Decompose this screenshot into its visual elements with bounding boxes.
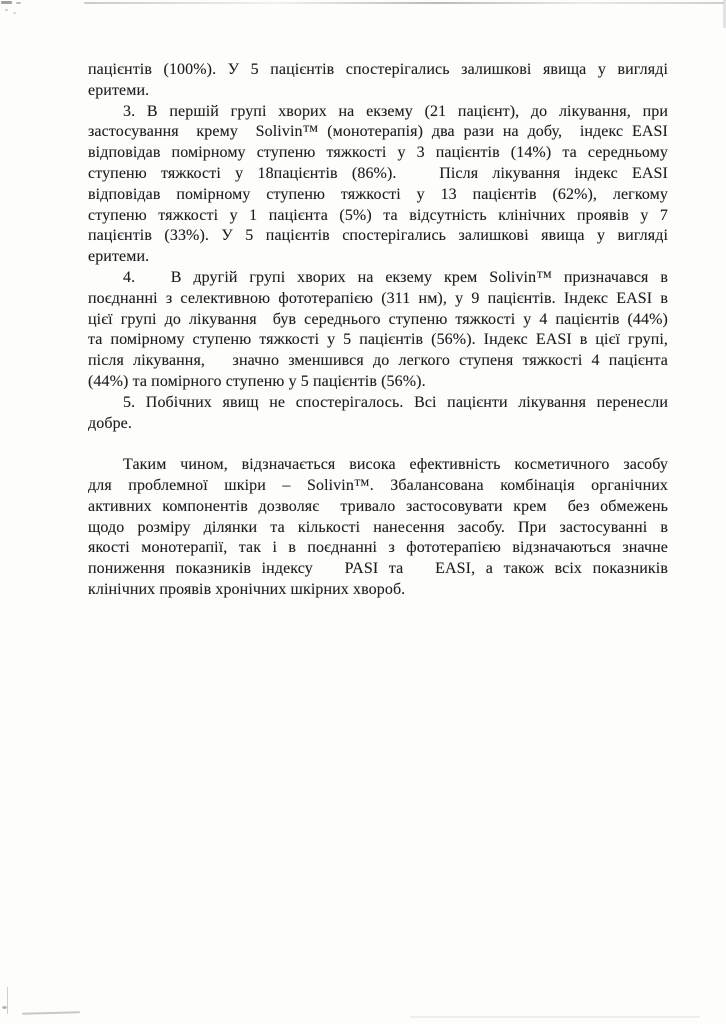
text-line: Таким чином, відзначається висока ефекти… [88, 455, 668, 476]
text-line: добре. [88, 414, 668, 435]
text-line: відповідав помірному ступеню тяжкості у … [88, 185, 668, 206]
paragraph: Таким чином, відзначається висока ефекти… [88, 455, 668, 601]
paragraph: 5. Побічних явищ не спостерігалось. Всі … [88, 393, 668, 435]
text-line: 4. В другій групі хворих на екзему крем … [88, 268, 668, 289]
text-line: поєднанні з селективною фототерапією (31… [88, 289, 668, 310]
text-line: пацієнтів (33%). У 5 пацієнтів спостеріг… [88, 226, 668, 247]
scan-artifact-edge-line [7, 987, 8, 1014]
text-line: пониження показників індексу PASI та EAS… [88, 559, 668, 580]
text-line: застосування крему Solivin™ (монотерапія… [88, 122, 668, 143]
text-line: пацієнтів (100%). У 5 пацієнтів спостері… [88, 60, 668, 81]
text-line: відповідав помірному ступеню тяжкості у … [88, 143, 668, 164]
scan-artifact-speck [2, 1006, 7, 1009]
paragraph: 4. В другій групі хворих на екзему крем … [88, 268, 668, 393]
text-line: 5. Побічних явищ не спостерігалось. Всі … [88, 393, 668, 414]
scan-artifact-speck [13, 12, 16, 14]
text-line: та помірному ступеню тяжкості у 5 пацієн… [88, 330, 668, 351]
text-line: ступеню тяжкості у 1 пацієнта (5%) та ві… [88, 206, 668, 227]
scan-artifact-speck [16, 2, 21, 4]
text-line: якості монотерапії, так і в поєднанні з … [88, 538, 668, 559]
paragraph: пацієнтів (100%). У 5 пацієнтів спостері… [88, 60, 668, 102]
text-line: клінічних проявів хронічних шкірних хвор… [88, 580, 668, 601]
text-line: для проблемної шкіри – Solivin™. Збаланс… [88, 476, 668, 497]
text-line: щодо розміру ділянки та кількості нанесе… [88, 518, 668, 539]
text-line: ступеню тяжкості у 18пацієнтів (86%). Пі… [88, 164, 668, 185]
scan-artifact-dash [22, 1011, 80, 1015]
paragraph: 3. В першій групі хворих на екзему (21 п… [88, 102, 668, 268]
text-line: активних компонентів дозволяє тривало за… [88, 497, 668, 518]
scan-artifact-smudge [410, 1016, 700, 1018]
text-line: (44%) та помірного ступеню у 5 пацієнтів… [88, 372, 668, 393]
scan-artifact-speck [1, 1, 12, 4]
text-line: після лікування, значно зменшився до лег… [88, 351, 668, 372]
scan-artifact-top-line [84, 2, 724, 4]
text-line: 3. В першій групі хворих на екзему (21 п… [88, 102, 668, 123]
scan-artifact-speck [5, 9, 8, 11]
text-line: цієї групі до лікування був середнього с… [88, 310, 668, 331]
text-line: еритеми. [88, 247, 668, 268]
scanned-document-page: пацієнтів (100%). У 5 пацієнтів спостері… [0, 0, 726, 1024]
document-body: пацієнтів (100%). У 5 пацієнтів спостері… [88, 60, 668, 601]
text-line: еритеми. [88, 81, 668, 102]
